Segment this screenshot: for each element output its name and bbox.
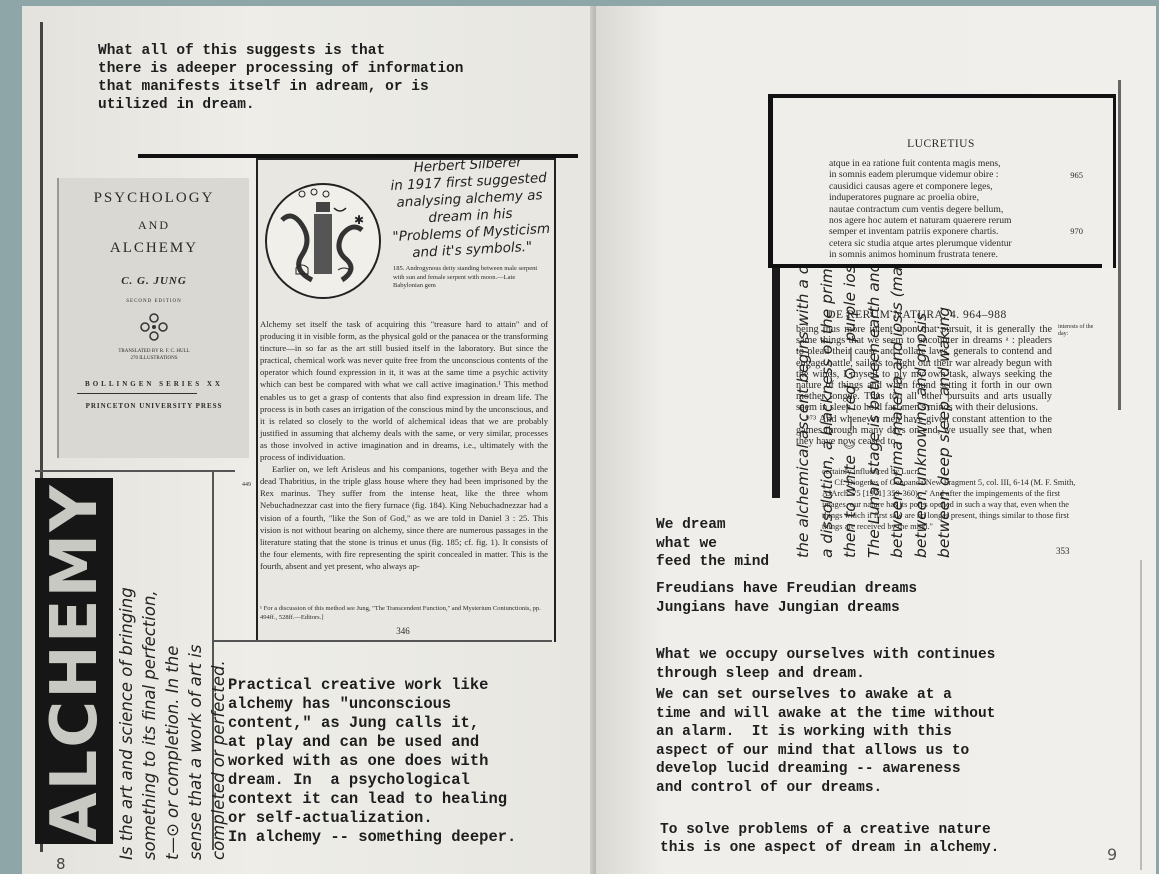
ornament-icon [139, 312, 169, 342]
cover-series: BOLLINGEN SERIES XX [59, 380, 249, 388]
figure-caption: 185. Androgynous deity standing between … [393, 265, 543, 291]
drn-body: being thus more intent upon that pursuit… [796, 324, 1052, 447]
excerpt-paragraph-2: Earlier on, we left Arisleus and his com… [260, 463, 548, 572]
verse-line: cetera sic studia atque artes plerumque … [829, 238, 1012, 249]
cover-author: C. G. JUNG [59, 275, 249, 287]
drn-title: DE RERUM NATURA, 4. 964–988 [772, 309, 1062, 321]
cover-translator: TRANSLATED BY R. F. C. HULL 270 ILLUSTRA… [59, 348, 249, 362]
cover-edition: SECOND EDITION [59, 299, 249, 304]
verse-line: nautae contractum cum ventis degere bell… [829, 204, 1012, 215]
lucretius-verses: atque in ea ratione fuit contenta magis … [829, 158, 1012, 261]
drn-margin-note: interests of the day: [1058, 324, 1104, 338]
cover-rule [77, 393, 197, 394]
alchemy-label: ALCHEMY [38, 476, 112, 842]
drn-page-number: 353 [1056, 546, 1070, 556]
drn-overprint: certainly influenced by Lucr. [822, 466, 1082, 477]
line-number-965: 965 [1070, 170, 1083, 180]
de-rerum-natura-excerpt: DE RERUM NATURA, 4. 964–988 being thus m… [772, 268, 1102, 568]
cover-title-3: ALCHEMY [59, 240, 249, 257]
verse-line: induperatores pugnare ac proelia obire, [829, 192, 1012, 203]
excerpt-bottom-rule [212, 640, 552, 642]
occupy-typed-text: What we occupy ourselves with continues … [656, 646, 995, 683]
cover-publisher: PRINCETON UNIVERSITY PRESS [59, 402, 249, 410]
solve-typed-text: To solve problems of a creative nature t… [660, 821, 999, 857]
verse-line: semper et inventam patriis exponere char… [829, 226, 1012, 237]
verse-line: in somnis animos hominum frustrata tener… [829, 249, 1012, 260]
line-number-970: 970 [1070, 226, 1083, 236]
right-page-number: 9 [1107, 845, 1117, 864]
androgynous-deity-seal-illustration: ✱ [262, 180, 384, 302]
drn-left-bar [772, 268, 780, 498]
svg-text:✱: ✱ [354, 213, 364, 227]
cover-title-1: PSYCHOLOGY [59, 190, 249, 207]
cover-title-2: AND [59, 218, 249, 233]
excerpt-page-number: 346 [258, 626, 548, 636]
freud-typed-text: Freudians have Freudian dreams Jungians … [656, 580, 917, 617]
right-frame-line [1118, 80, 1121, 410]
dream-typed-text: We dream what we feed the mind [656, 516, 769, 572]
lucretius-latin-excerpt: LUCRETIUS atque in ea ratione fuit conte… [768, 94, 1116, 268]
verse-line: atque in ea ratione fuit contenta magis … [829, 158, 1012, 169]
verse-line: in somnis eadem plerumque videmur obire … [829, 169, 1012, 180]
right-lower-frame-line [1140, 560, 1142, 870]
practical-typed-text: Practical creative work like alchemy has… [228, 676, 516, 847]
excerpt-paragraph-1: Alchemy set itself the task of acquiring… [260, 318, 548, 463]
lucretius-title: LUCRETIUS [773, 138, 1109, 150]
intro-typed-text: What all of this suggests is that there … [98, 42, 463, 114]
drn-footnote: certainly influenced by Lucr. ᵃ Cf. Diog… [822, 466, 1082, 532]
alchemy-definition: Is the art and science of bringing somet… [115, 440, 230, 860]
book-cover: PSYCHOLOGY AND ALCHEMY C. G. JUNG SECOND… [57, 178, 249, 458]
drn-paragraph-2: ⁹⁷³ And whenever men have given constant… [796, 414, 1052, 448]
verse-line: nos agere hoc autem et naturam quaerere … [829, 215, 1012, 226]
excerpt-footnote: ¹ For a discussion of this method see Ju… [260, 605, 548, 622]
silberer-handwritten-note: Herbert Silberer in 1917 first suggested… [369, 152, 570, 264]
excerpt-body: Alchemy set itself the task of acquiring… [260, 318, 548, 572]
wecan-typed-text: We can set ourselves to awake at a time … [656, 686, 995, 797]
paragraph-number: 449 [242, 482, 251, 488]
verse-line: causidici causas agere et componere lege… [829, 181, 1012, 192]
zine-spread: What all of this suggests is that there … [0, 0, 1159, 874]
left-page-number: 8 [56, 855, 66, 873]
drn-paragraph-1: being thus more intent upon that pursuit… [796, 324, 1052, 414]
drn-footnote-text: ᵃ Cf. Diogenes of Oenoanda New Fragment … [822, 477, 1082, 532]
